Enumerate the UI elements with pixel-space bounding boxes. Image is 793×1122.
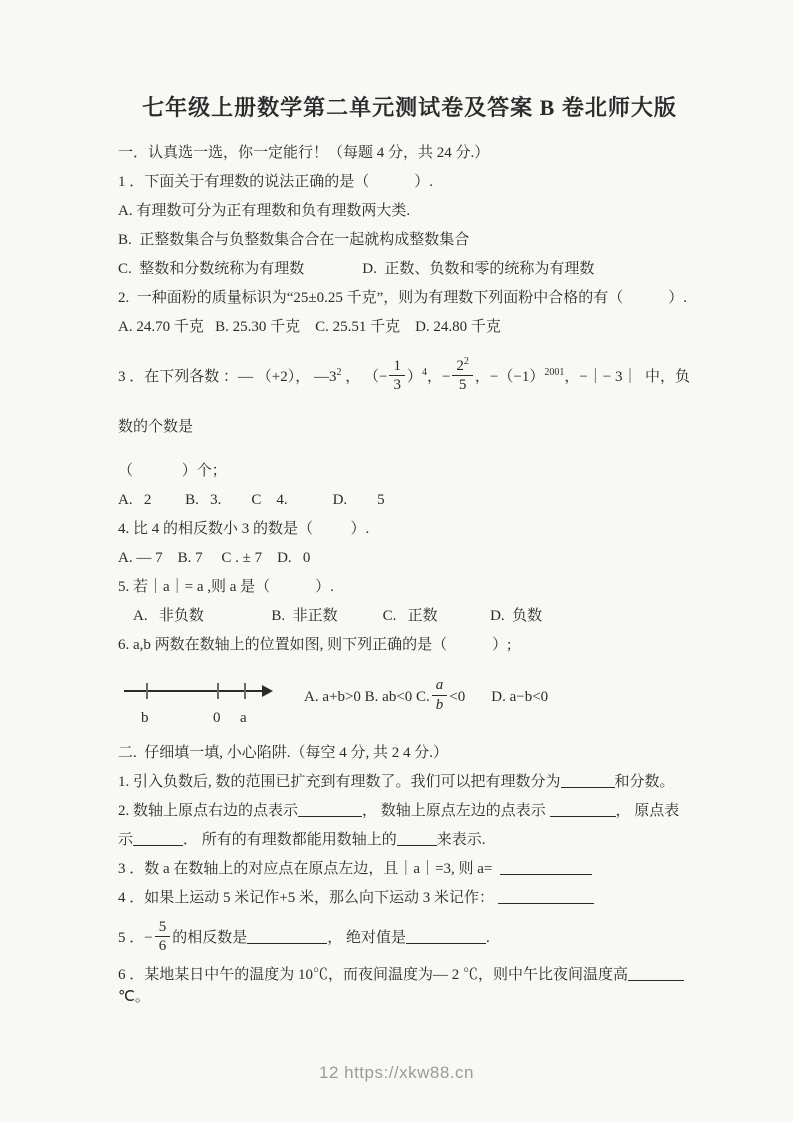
q3-fraction-two-squared-fifths: 225 [452, 358, 473, 394]
fraction-numerator: 1 [389, 358, 405, 377]
number-line-arrow-icon [262, 685, 273, 697]
fill-q5: 5 ．−56的相反数是， 绝对值是. [118, 916, 701, 960]
section-two-heading: 二. 仔细填一填, 小心陷阱.（每空 4 分, 共 2 4 分.） [118, 742, 701, 764]
q3-fraction-one-third: 13 [389, 358, 405, 394]
q3-text: 3 ．在下列各数 ：— （+2）， —3 [118, 369, 336, 385]
q3-text: ，− [427, 369, 450, 385]
test-paper-page: 七年级上册数学第二单元测试卷及答案 B 卷北师大版 一．认真选一选，你一定能行！… [0, 0, 793, 1122]
fill-q5-fraction-five-sixths: 56 [155, 919, 171, 955]
fill-q1-text: 和分数。 [615, 774, 675, 790]
fill-q2-text: ， 原点表 [616, 803, 680, 819]
page-title: 七年级上册数学第二单元测试卷及答案 B 卷北师大版 [118, 93, 701, 123]
number-line-label-b: b [141, 708, 149, 728]
fill-blank [500, 861, 592, 875]
fill-blank [298, 803, 362, 817]
number-line-tick-b [146, 683, 148, 699]
q1-option-d: D. 正数、负数和零的统称为有理数 [362, 261, 594, 277]
q2-stem: 2. 一种面粉的质量标识为“25±0.25 千克”，则为有理数下列面粉中合格的有… [118, 287, 701, 309]
fill-q6-text: ℃。 [118, 989, 150, 1005]
fill-q4: 4 ．如果上运动 5 米记作+5 米，那么向下运动 3 米记作： [118, 887, 701, 909]
fraction-denominator: 3 [389, 376, 405, 394]
number-line-tick-zero [217, 683, 219, 699]
fill-blank [406, 930, 486, 944]
q6-fraction-a-over-b: ab [432, 677, 448, 713]
fraction-denominator: b [432, 696, 448, 714]
q6-stem: 6. a,b 两数在数轴上的位置如图, 则下列正确的是（ ）; [118, 634, 701, 656]
fill-blank [247, 930, 327, 944]
fill-blank [498, 890, 594, 904]
page-footer-url: 12 https://xkw88.cn [0, 1063, 793, 1083]
q6-options: A. a+b>0 B. ab<0 C. ab <0 D. a−b<0 [304, 679, 548, 715]
fill-q6: 6 ．某地某日中午的温度为 10℃，而夜间温度为— 2 ℃，则中午比夜间温度高℃… [118, 964, 701, 1008]
fill-q5-text: . [486, 930, 490, 946]
fraction-denominator: 5 [452, 376, 473, 394]
fill-blank [550, 803, 616, 817]
fill-q1-text: 1. 引入负数后, 数的范围已扩充到有理数了。我们可以把有理数分为 [118, 774, 561, 790]
fill-q5-text: 的相反数是 [172, 930, 247, 946]
fill-q1: 1. 引入负数后, 数的范围已扩充到有理数了。我们可以把有理数分为和分数。 [118, 771, 701, 793]
q6-options-ab-c: A. a+b>0 B. ab<0 C. [304, 686, 430, 708]
fill-q5-text: 5 ．− [118, 930, 153, 946]
q5-options: A. 非负数 B. 非正数 C. 正数 D. 负数 [118, 605, 701, 627]
q6-option-c-tail: <0 [449, 686, 465, 708]
fill-blank [561, 774, 615, 788]
fraction-numerator: a [432, 677, 448, 696]
number-line-label-a: a [240, 708, 247, 728]
q3-answer-paren: （ ）个； [118, 460, 701, 482]
fraction-numerator-base: 2 [456, 358, 464, 374]
q1-option-c: C. 整数和分数统称为有理数 [118, 261, 304, 277]
q6-option-d: D. a−b<0 [491, 686, 548, 708]
q3-exponent-2001: 2001 [544, 367, 564, 378]
q2-options: A. 24.70 千克 B. 25.30 千克 C. 25.51 千克 D. 2… [118, 316, 701, 338]
number-line-label-zero: 0 [213, 708, 221, 728]
fill-blank [628, 967, 684, 981]
number-line-tick-a [244, 683, 246, 699]
fill-q2-text: ． 所有的有理数都能用数轴上的 [183, 832, 397, 848]
fill-q6-text: 6 ．某地某日中午的温度为 10℃，而夜间温度为— 2 ℃，则中午比夜间温度高 [118, 967, 628, 983]
q3-text: ，−（−1） [475, 369, 544, 385]
q4-stem: 4. 比 4 的相反数小 3 的数是（ ）. [118, 518, 701, 540]
q3-options: A. 2 B. 3. C 4. D. 5 [118, 489, 701, 511]
fill-q2-text: 示 [118, 832, 133, 848]
q1-stem: 1 ．下面关于有理数的说法正确的是（ ）. [118, 171, 701, 193]
fill-q2-text: 来表示. [437, 832, 486, 848]
q6-figure-row: b 0 a A. a+b>0 B. ab<0 C. ab <0 D. a−b<0 [118, 670, 701, 732]
fill-q2-text: 2. 数轴上原点右边的点表示 [118, 803, 298, 819]
section-one-heading: 一．认真选一选，你一定能行！（每题 4 分，共 24 分.） [118, 142, 701, 164]
fraction-numerator: 22 [452, 358, 473, 377]
q3-absolute-value-term: ，−｜− 3｜ [564, 369, 637, 385]
number-line-axis [124, 690, 264, 692]
fill-q2-line1: 2. 数轴上原点右边的点表示， 数轴上原点左边的点表示 ， 原点表 [118, 800, 701, 822]
q1-option-a: A. 有理数可分为正有理数和负有理数两大类. [118, 200, 701, 222]
fill-blank [397, 832, 437, 846]
q1-options-cd: C. 整数和分数统称为有理数D. 正数、负数和零的统称为有理数 [118, 258, 701, 280]
q5-stem: 5. 若｜a｜= a ,则 a 是（ ）. [118, 576, 701, 598]
fill-q3-text: 3 ．数 a 在数轴上的对应点在原点左边，且｜a｜=3, 则 a= [118, 861, 500, 877]
fraction-denominator: 6 [155, 937, 171, 955]
fill-q4-text: 4 ．如果上运动 5 米记作+5 米，那么向下运动 3 米记作： [118, 890, 498, 906]
fill-q5-text: ， 绝对值是 [327, 930, 406, 946]
number-line-figure: b 0 a [124, 670, 276, 732]
fill-blank [133, 832, 183, 846]
fraction-numerator-exponent: 2 [464, 356, 469, 367]
q3-text: ） [407, 369, 422, 385]
q4-options: A. — 7 B. 7 C . ± 7 D. 0 [118, 547, 701, 569]
q1-option-b: B. 正整数集合与负整数集合合在一起就构成整数集合 [118, 229, 701, 251]
q3-text: ， （− [341, 369, 387, 385]
q3-stem: 3 ．在下列各数 ：— （+2）， —32 ， （−13）4，−225，−（−1… [118, 352, 701, 452]
fraction-numerator: 5 [155, 919, 171, 938]
fill-q2-text: ， 数轴上原点左边的点表示 [362, 803, 550, 819]
fill-q2-line2: 示． 所有的有理数都能用数轴上的来表示. [118, 829, 701, 851]
fill-q3: 3 ．数 a 在数轴上的对应点在原点左边，且｜a｜=3, 则 a= [118, 858, 701, 880]
